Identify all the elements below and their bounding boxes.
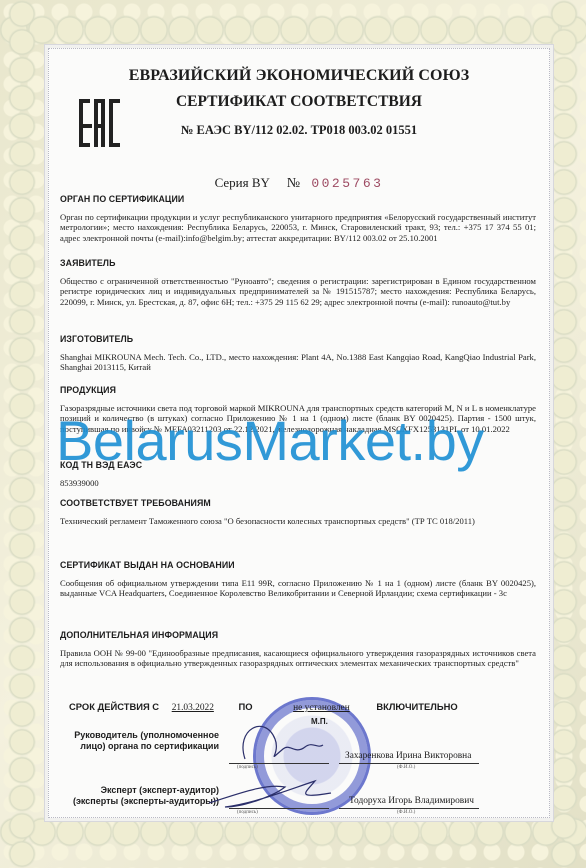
expert-name-caption: (Ф.И.О.) [397, 810, 415, 815]
document-title: СЕРТИФИКАТ СООТВЕТСТВИЯ [49, 93, 549, 111]
section-applicant: ЗАЯВИТЕЛЬ Общество с ограниченной ответс… [60, 258, 536, 307]
certificate-number: № ЕАЭС BY/112 02.02. ТР018 003.02 01551 [49, 123, 549, 138]
validity-inclusive: ВКЛЮЧИТЕЛЬНО [376, 701, 457, 712]
validity-to-value: не установлен [293, 703, 350, 713]
guilloche-border-right [544, 0, 586, 868]
section-heading: ДОПОЛНИТЕЛЬНАЯ ИНФОРМАЦИЯ [60, 630, 536, 640]
expert-signature-icon [205, 773, 335, 813]
section-text: Технический регламент Таможенного союза … [60, 516, 536, 526]
series-line: Серия BY № 0025763 [49, 175, 549, 192]
expert-signatory-label: Эксперт (эксперт-аудитор) (эксперты (экс… [69, 785, 219, 807]
section-heading: ИЗГОТОВИТЕЛЬ [60, 334, 536, 344]
watermark: BelarusMarket.by [56, 408, 484, 473]
section-text: Правила ООН № 99-00 "Единообразные предп… [60, 648, 536, 669]
section-text: Общество с ограниченной ответственностью… [60, 276, 536, 307]
section-additional-info: ДОПОЛНИТЕЛЬНАЯ ИНФОРМАЦИЯ Правила ООН № … [60, 630, 536, 669]
number-sign: № [287, 176, 300, 191]
expert-signatory-name: Тодоруха Игорь Владимирович [349, 796, 474, 806]
section-heading: ЗАЯВИТЕЛЬ [60, 258, 536, 268]
section-basis: СЕРТИФИКАТ ВЫДАН НА ОСНОВАНИИ Сообщения … [60, 560, 536, 599]
head-signatory-label: Руководитель (уполномоченное лицо) орган… [69, 730, 219, 752]
section-text: 853939000 [60, 478, 536, 488]
head-name-caption: (Ф.И.О.) [397, 765, 415, 770]
section-manufacturer: ИЗГОТОВИТЕЛЬ Shanghai MIKROUNA Mech. Tec… [60, 334, 536, 373]
section-certification-body: ОРГАН ПО СЕРТИФИКАЦИИ Орган по сертифика… [60, 194, 536, 243]
head-name-line [339, 763, 479, 764]
validity-from-date: 21.03.2022 [172, 703, 214, 713]
section-heading: СООТВЕТСТВУЕТ ТРЕБОВАНИЯМ [60, 498, 536, 508]
section-text: Shanghai MIKROUNA Mech. Tech. Co., LTD.,… [60, 352, 536, 373]
head-signatory-name: Захаренкова Ирина Викторовна [345, 751, 471, 761]
section-heading: ОРГАН ПО СЕРТИФИКАЦИИ [60, 194, 536, 204]
section-requirements: СООТВЕТСТВУЕТ ТРЕБОВАНИЯМ Технический ре… [60, 498, 536, 526]
section-heading: ПРОДУКЦИЯ [60, 385, 536, 395]
expert-name-line [339, 808, 479, 809]
validity-to-label: ПО [238, 701, 252, 712]
guilloche-border-bottom [0, 810, 586, 868]
guilloche-border-left [0, 0, 48, 868]
union-title: ЕВРАЗИЙСКИЙ ЭКОНОМИЧЕСКИЙ СОЮЗ [49, 67, 549, 85]
section-text: Сообщения об официальном утверждении тип… [60, 578, 536, 599]
guilloche-border-top [0, 0, 586, 52]
head-signature-icon [235, 719, 325, 769]
series-number: 0025763 [311, 176, 383, 191]
certificate-header: ЕВРАЗИЙСКИЙ ЭКОНОМИЧЕСКИЙ СОЮЗ СЕРТИФИКА… [49, 49, 549, 159]
section-text: Орган по сертификации продукции и услуг … [60, 212, 536, 243]
series-label: Серия BY [215, 175, 270, 190]
validity-period: СРОК ДЕЙСТВИЯ С 21.03.2022 ПО не установ… [69, 701, 529, 713]
validity-from-label: СРОК ДЕЙСТВИЯ С [69, 701, 159, 712]
section-heading: СЕРТИФИКАТ ВЫДАН НА ОСНОВАНИИ [60, 560, 536, 570]
